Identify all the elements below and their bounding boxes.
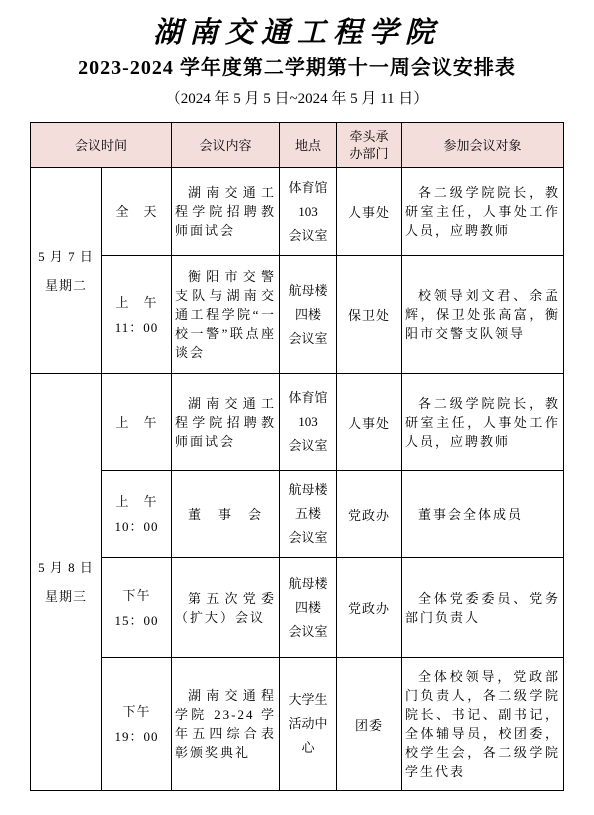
content-cell: 湖南交通工程学院招聘教师面试会: [172, 168, 280, 256]
content-cell: 湖南交通工程学院招聘教师面试会: [172, 374, 280, 471]
header-department: 牵头承 办部门: [337, 123, 402, 168]
header-location: 地点: [280, 123, 337, 168]
date-cell-may8: 5 月 8 日 星期三: [30, 374, 101, 791]
table-row: 下午 19：00 湖南交通程学院 23-24 学年五四综合表彰颁奖典礼 大学生 …: [30, 658, 563, 791]
content-cell: 衡阳市交警支队与湖南交通工程学院“一校一警”联点座谈会: [172, 256, 280, 374]
header-attendees: 参加会议对象: [402, 123, 564, 168]
content-cell: 董 事 会: [172, 471, 280, 558]
header-meeting-content: 会议内容: [172, 123, 280, 168]
department-cell: 党政办: [337, 471, 402, 558]
header-row: 会议时间 会议内容 地点 牵头承 办部门 参加会议对象: [30, 123, 563, 168]
page-title: 湖南交通工程学院: [0, 14, 594, 50]
time-cell: 上 午 11：00: [101, 256, 171, 374]
department-cell: 人事处: [337, 374, 402, 471]
department-cell: 人事处: [337, 168, 402, 256]
table-row: 5 月 7 日 星期二 全 天 湖南交通工程学院招聘教师面试会 体育馆 103 …: [30, 168, 563, 256]
department-cell: 党政办: [337, 558, 402, 658]
time-cell: 下午 15：00: [101, 558, 171, 658]
content-cell: 湖南交通程学院 23-24 学年五四综合表彰颁奖典礼: [172, 658, 280, 791]
content-cell: 第五次党委（扩大）会议: [172, 558, 280, 658]
header-meeting-time: 会议时间: [30, 123, 171, 168]
attendees-cell: 董事会全体成员: [402, 471, 564, 558]
page-subtitle: 2023-2024 学年度第二学期第十一周会议安排表: [0, 54, 594, 82]
attendees-cell: 全体校领导，党政部门负责人，各二级学院院长、书记、副书记，全体辅导员，校团委，校…: [402, 658, 564, 791]
location-cell: 大学生 活动中 心: [280, 658, 337, 791]
document-page: 湖南交通工程学院 2023-2024 学年度第二学期第十一周会议安排表 （202…: [0, 0, 594, 815]
table-row: 上 午 11：00 衡阳市交警支队与湖南交通工程学院“一校一警”联点座谈会 航母…: [30, 256, 563, 374]
table-row: 上 午 10：00 董 事 会 航母楼 五楼 会议室 党政办 董事会全体成员: [30, 471, 563, 558]
attendees-cell: 校领导刘文君、余孟辉，保卫处张高富，衡阳市交警支队领导: [402, 256, 564, 374]
department-cell: 保卫处: [337, 256, 402, 374]
time-cell: 上 午 10：00: [101, 471, 171, 558]
location-cell: 航母楼 五楼 会议室: [280, 471, 337, 558]
attendees-cell: 全体党委委员、党务部门负责人: [402, 558, 564, 658]
location-cell: 航母楼 四楼 会议室: [280, 558, 337, 658]
table-row: 5 月 8 日 星期三 上 午 湖南交通工程学院招聘教师面试会 体育馆 103 …: [30, 374, 563, 471]
table-row: 下午 15：00 第五次党委（扩大）会议 航母楼 四楼 会议室 党政办 全体党委…: [30, 558, 563, 658]
date-range: （2024 年 5 月 5 日~2024 年 5 月 11 日）: [0, 88, 594, 110]
time-cell: 下午 19：00: [101, 658, 171, 791]
meeting-schedule-table: 会议时间 会议内容 地点 牵头承 办部门 参加会议对象 5 月 7 日 星期二 …: [30, 122, 564, 791]
department-cell: 团委: [337, 658, 402, 791]
time-cell: 上 午: [101, 374, 171, 471]
attendees-cell: 各二级学院院长，教研室主任，人事处工作人员，应聘教师: [402, 374, 564, 471]
location-cell: 航母楼 四楼 会议室: [280, 256, 337, 374]
time-cell: 全 天: [101, 168, 171, 256]
location-cell: 体育馆 103 会议室: [280, 374, 337, 471]
attendees-cell: 各二级学院院长，教研室主任，人事处工作人员，应聘教师: [402, 168, 564, 256]
date-cell-may7: 5 月 7 日 星期二: [30, 168, 101, 374]
location-cell: 体育馆 103 会议室: [280, 168, 337, 256]
